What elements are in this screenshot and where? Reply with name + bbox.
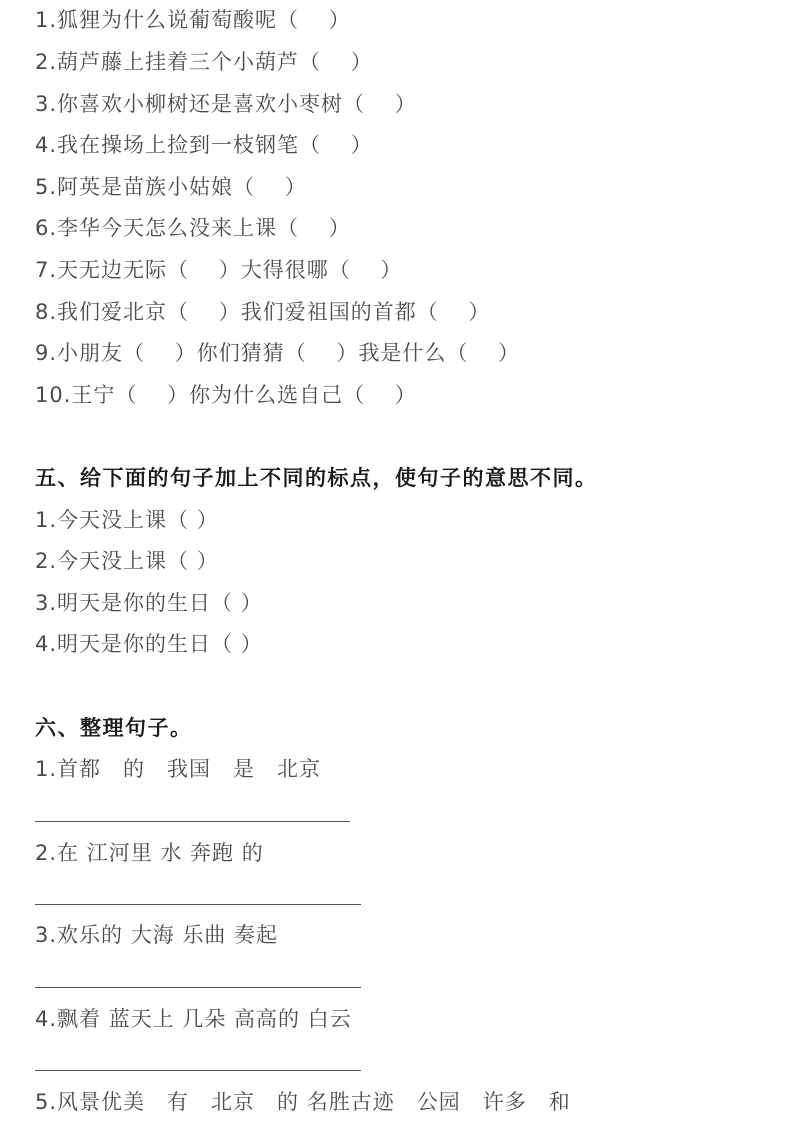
- answer-line-1[interactable]: [35, 821, 350, 822]
- section-5-item-4: 4.明天是你的生日（ ）: [35, 630, 263, 658]
- answer-line-4[interactable]: [35, 1070, 361, 1071]
- section-6-item-4: 4.飘着 蓝天上 几朵 高高的 白云: [35, 1005, 352, 1033]
- punctuation-item-5: 5.阿英是苗族小姑娘（ ）: [35, 173, 307, 201]
- section-5-heading: 五、给下面的句子加上不同的标点，使句子的意思不同。: [35, 464, 598, 492]
- section-6-item-1: 1.首都 的 我国 是 北京: [35, 755, 321, 783]
- section-6-item-2: 2.在 江河里 水 奔跑 的: [35, 839, 264, 867]
- section-5-item-3: 3.明天是你的生日（ ）: [35, 589, 263, 617]
- punctuation-item-3: 3.你喜欢小柳树还是喜欢小枣树（ ）: [35, 90, 417, 118]
- punctuation-item-10: 10.王宁（ ）你为什么选自己（ ）: [35, 381, 417, 409]
- section-6-item-3: 3.欢乐的 大海 乐曲 奏起: [35, 921, 278, 949]
- punctuation-item-4: 4.我在操场上捡到一枝钢笔（ ）: [35, 131, 373, 159]
- section-6-item-5: 5.风景优美 有 北京 的 名胜古迹 公园 许多 和: [35, 1088, 571, 1116]
- punctuation-item-7: 7.天无边无际（ ）大得很哪（ ）: [35, 256, 402, 284]
- answer-line-2[interactable]: [35, 904, 361, 905]
- section-5-item-2: 2.今天没上课（ ）: [35, 547, 219, 575]
- answer-line-3[interactable]: [35, 987, 361, 988]
- punctuation-item-2: 2.葫芦藤上挂着三个小葫芦（ ）: [35, 48, 373, 76]
- section-5-item-1: 1.今天没上课（ ）: [35, 506, 219, 534]
- punctuation-item-1: 1.狐狸为什么说葡萄酸呢（ ）: [35, 6, 351, 34]
- punctuation-item-6: 6.李华今天怎么没来上课（ ）: [35, 214, 351, 242]
- section-6-heading: 六、整理句子。: [35, 714, 193, 742]
- punctuation-item-9: 9.小朋友（ ）你们猜猜（ ）我是什么（ ）: [35, 339, 520, 367]
- punctuation-item-8: 8.我们爱北京（ ）我们爱祖国的首都（ ）: [35, 298, 490, 326]
